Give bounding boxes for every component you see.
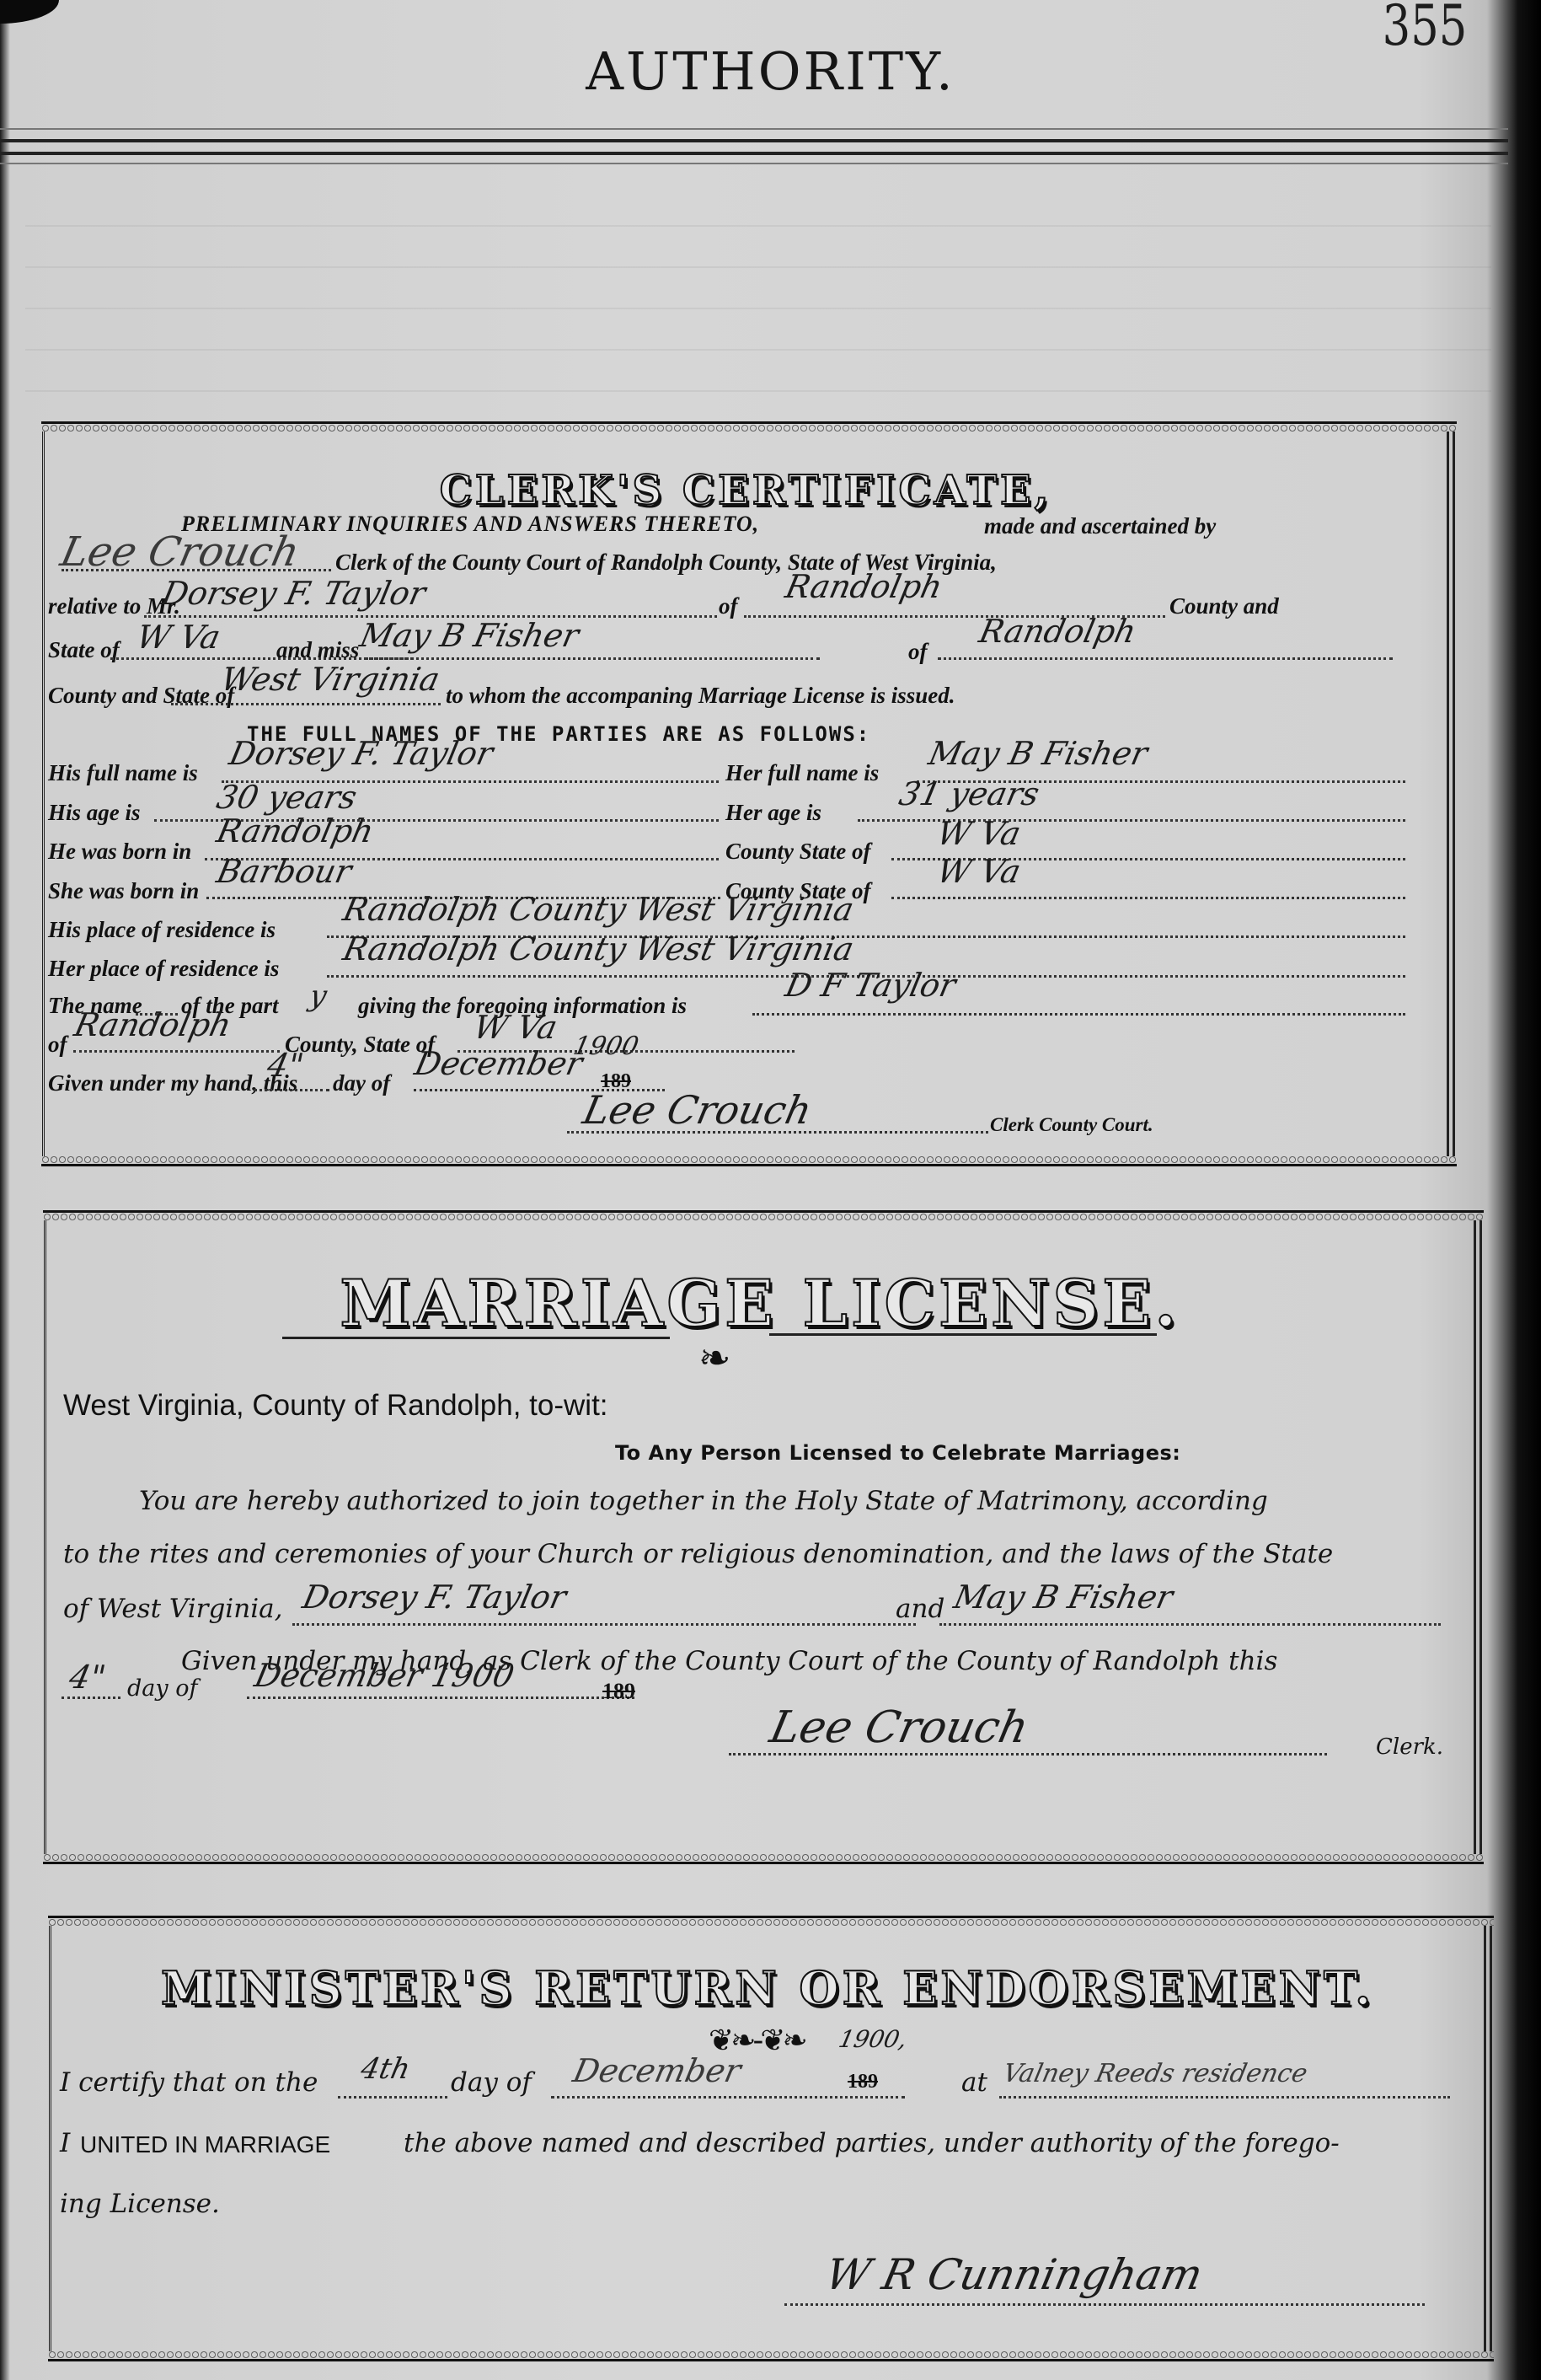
he-born-county: Randolph: [213, 812, 377, 850]
fill-line: [292, 1623, 916, 1626]
to-whom-label: to whom the accompaning Marriage License…: [446, 683, 955, 709]
given-label: Given under my hand, this: [48, 1070, 297, 1096]
minister-day-of-label: day of: [451, 2067, 532, 2098]
minister-year-printed: 189: [848, 2071, 878, 2093]
clerks-certificate-panel: CLERK'S CERTIFICATE, PRELIMINARY INQUIRI…: [42, 432, 1455, 1156]
header-rule: [0, 139, 1508, 142]
divider-rule: [282, 1337, 670, 1339]
given-day: 4": [264, 1047, 307, 1084]
his-full-name-label: His full name is: [48, 760, 198, 786]
fill-line: [247, 1697, 634, 1699]
bride-name-handwritten: May B Fisher: [356, 617, 582, 654]
her-residence: Randolph County West Virginia: [340, 930, 857, 968]
license-body-line-3-prefix: of West Virginia,: [63, 1594, 282, 1624]
informant-suffix: y: [307, 979, 330, 1013]
fill-line: [938, 657, 1393, 660]
license-line: ing License.: [60, 2189, 220, 2219]
ministers-return-heading: MINISTER'S RETURN OR ENDORSEMENT.: [51, 1961, 1484, 2015]
minister-year-handwritten: 1900,: [836, 2025, 909, 2053]
bleed-through-lines: [25, 185, 1491, 430]
ceremony-place: Valney Reeds residence: [1000, 2059, 1310, 2088]
his-residence: Randolph County West Virginia: [340, 891, 857, 928]
fill-line: [254, 1089, 329, 1091]
marriage-license-heading: MARRIAGE LICENSE.: [46, 1266, 1474, 1341]
her-residence-label: Her place of residence is: [48, 956, 279, 982]
signature-line: [729, 1753, 1327, 1756]
fill-line: [338, 2096, 447, 2099]
groom-state-handwritten: W Va: [133, 619, 223, 656]
fill-line: [62, 569, 331, 571]
license-and-label: and: [896, 1594, 944, 1624]
license-day-of-label: day of: [127, 1675, 197, 1702]
of-label-2: of: [908, 639, 928, 665]
given-month: December: [411, 1045, 586, 1082]
license-clerk-label: Clerk.: [1376, 1734, 1443, 1760]
her-age: 31 years: [896, 775, 1042, 812]
fill-line: [752, 1013, 1405, 1016]
fill-line: [62, 1697, 120, 1699]
united-tail: the above named and described parties, u…: [404, 2128, 1340, 2158]
fill-line: [999, 2096, 1450, 2099]
state-of-label: State of: [48, 637, 120, 663]
groom-county-handwritten: Randolph: [782, 568, 945, 605]
header-rule: [0, 152, 1508, 155]
informant-county-label: County, State of: [285, 1032, 435, 1058]
ministers-return-panel: MINISTER'S RETURN OR ENDORSEMENT. ❦❧-❦❧ …: [49, 1926, 1492, 2351]
united-prefix: I: [60, 2128, 70, 2158]
clerk-county-court-label: Clerk County Court.: [990, 1114, 1153, 1136]
header-rule: [0, 128, 1508, 130]
informant-county: Randolph: [71, 1006, 234, 1043]
page-edge-shadow: [0, 0, 59, 24]
bride-state-handwritten: West Virginia: [217, 661, 443, 698]
minister-day: 4th: [358, 2052, 414, 2086]
bride-county-handwritten: Randolph: [976, 613, 1139, 650]
license-bride-name: May B Fisher: [950, 1579, 1176, 1616]
clerks-certificate-heading: CLERK'S CERTIFICATE,: [45, 467, 1447, 514]
informant-of-label: of: [48, 1032, 67, 1058]
license-clerk-signature: Lee Crouch: [766, 1702, 1033, 1753]
clerk-signature: Lee Crouch: [579, 1087, 816, 1133]
license-day: 4": [66, 1659, 109, 1696]
addressee-line: To Any Person Licensed to Celebrate Marr…: [615, 1441, 1180, 1465]
flourish-ornament-icon: ❧: [698, 1335, 731, 1380]
she-born-label: She was born in: [48, 878, 199, 904]
page-title: AUTHORITY.: [0, 40, 1541, 102]
signature-line: [784, 2303, 1425, 2306]
license-year-printed: 189: [602, 1679, 635, 1704]
page-number: 355: [1383, 0, 1468, 58]
his-residence-label: His place of residence is: [48, 917, 276, 943]
given-year-handwritten: 1900: [570, 1032, 641, 1061]
divider-rule: [769, 1333, 1157, 1336]
marriage-license-panel: MARRIAGE LICENSE. ❧ West Virginia, Count…: [44, 1220, 1482, 1854]
his-full-name: Dorsey F. Taylor: [226, 735, 496, 772]
his-age-label: His age is: [48, 800, 141, 826]
his-age: 30 years: [213, 779, 360, 816]
license-body-line-2: to the rites and ceremonies of your Chur…: [63, 1539, 1333, 1569]
fill-line: [73, 1050, 280, 1053]
fill-line: [939, 1623, 1441, 1626]
fill-line: [365, 657, 820, 660]
fill-line: [891, 897, 1405, 899]
license-body-line-1: You are hereby authorized to join togeth…: [139, 1486, 1268, 1516]
groom-name-handwritten: Dorsey F. Taylor: [158, 575, 429, 612]
intro-line-tail: made and ascertained by: [984, 513, 1216, 539]
of-label: of: [719, 593, 738, 619]
he-born-state: W Va: [934, 815, 1024, 852]
he-born-label: He was born in: [48, 839, 191, 865]
informant-name: D F Taylor: [782, 967, 959, 1004]
informant-state: W Va: [470, 1009, 560, 1046]
county-and-label: County and: [1169, 593, 1279, 619]
fill-line: [171, 703, 441, 705]
fill-line: [551, 2096, 905, 2099]
she-born-county: Barbour: [213, 853, 355, 890]
her-full-name: May B Fisher: [925, 735, 1151, 772]
minister-signature: W R Cunningham: [821, 2250, 1207, 2299]
at-label: at: [961, 2067, 987, 2098]
header-rule: [0, 163, 1508, 164]
she-born-state: W Va: [934, 853, 1024, 890]
license-month-year: December 1900: [251, 1657, 517, 1694]
her-age-label: Her age is: [725, 800, 821, 826]
certify-label: I certify that on the: [60, 2067, 318, 2098]
her-full-name-label: Her full name is: [725, 760, 879, 786]
united-in-marriage-caps: UNITED IN MARRIAGE: [80, 2131, 330, 2158]
license-groom-name: Dorsey F. Taylor: [299, 1579, 570, 1616]
he-county-state-label: County State of: [725, 839, 871, 865]
day-of-label: day of: [333, 1070, 390, 1096]
minister-month: December: [570, 2052, 744, 2089]
and-miss-label: and miss: [276, 637, 359, 663]
jurisdiction-line: West Virginia, County of Randolph, to-wi…: [63, 1389, 608, 1423]
